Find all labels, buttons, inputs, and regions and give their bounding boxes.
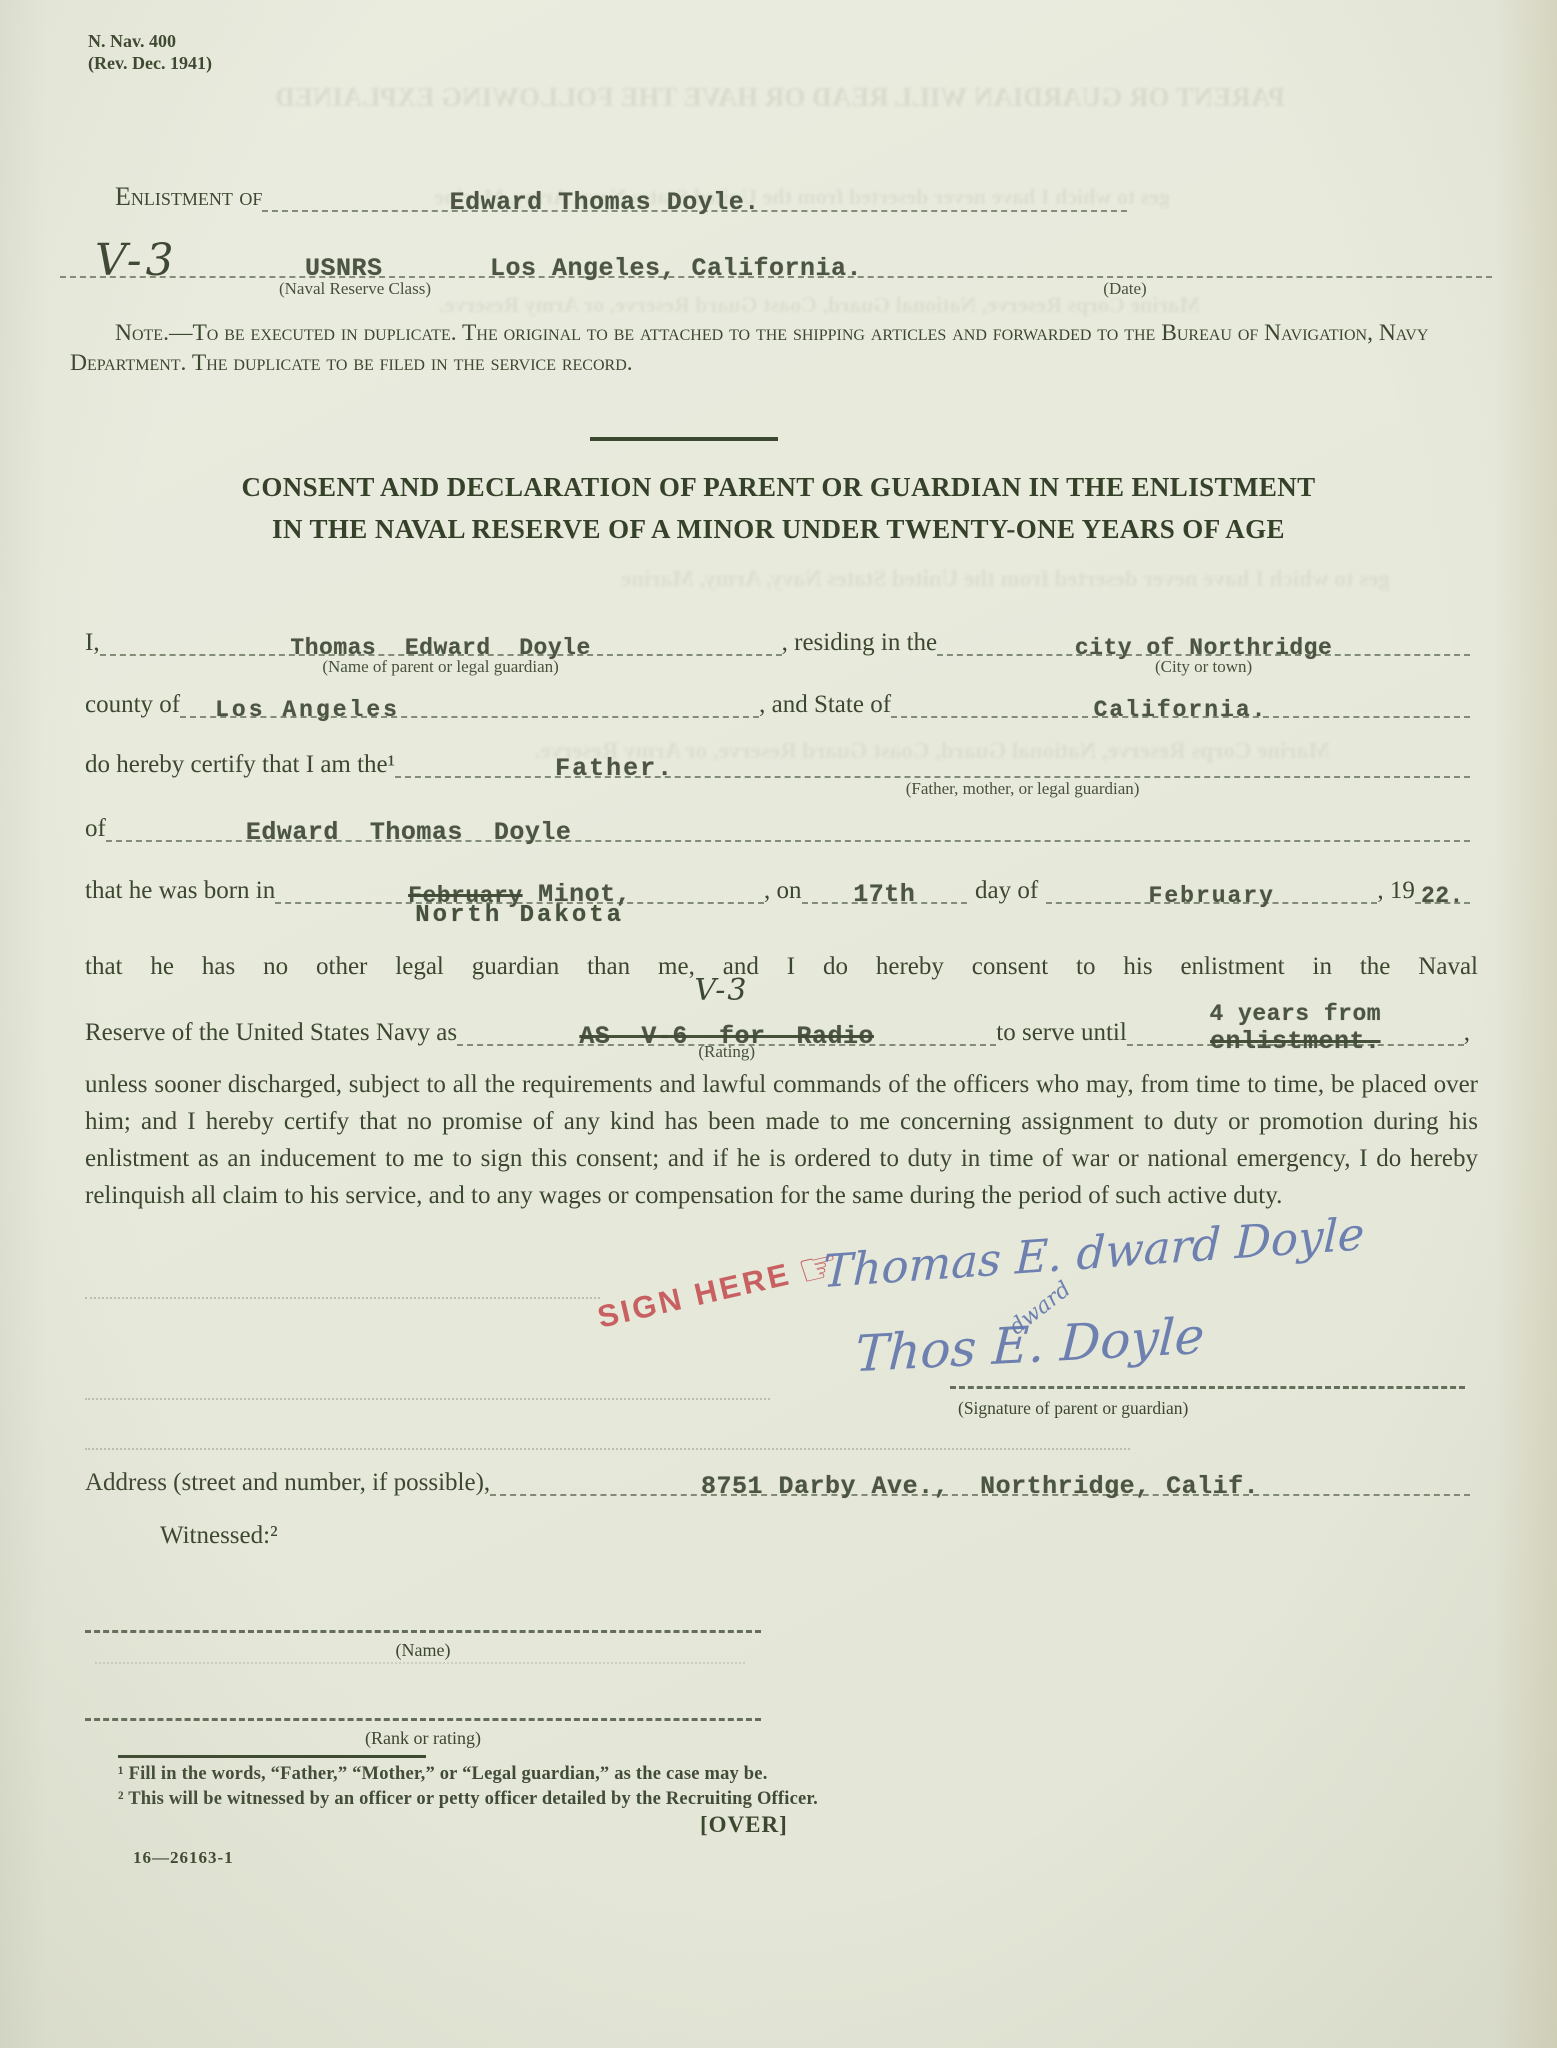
reserve-class-caption: (Naval Reserve Class) <box>260 279 450 299</box>
relationship-field[interactable]: Father. (Father, mother, or legal guardi… <box>395 747 1470 778</box>
county-value: Los Angeles <box>215 697 400 723</box>
minor-name-field[interactable]: Edward Thomas Doyle <box>106 811 1470 842</box>
enlistment-label: Enlistment of <box>115 183 262 212</box>
form-number: N. Nav. 400 <box>88 30 212 52</box>
consent-paragraph: unless sooner discharged, subject to all… <box>85 1066 1478 1214</box>
footnote-rule <box>118 1755 426 1758</box>
county-field[interactable]: Los Angeles <box>180 690 759 718</box>
witnessed-label: Witnessed:² <box>160 1522 278 1550</box>
serve-label: to serve until <box>996 1019 1127 1047</box>
term-line2-value: enlistment. <box>1127 1027 1464 1056</box>
birth-year-value: 22. <box>1421 883 1464 909</box>
birthplace-field[interactable]: February Minot, North Dakota <box>275 873 764 904</box>
state-label: , and State of <box>759 691 891 719</box>
form-title-line1: CONSENT AND DECLARATION OF PARENT OR GUA… <box>0 466 1557 508</box>
note-text: Note.—To be executed in duplicate. The o… <box>70 320 1428 376</box>
reserve-class-row: V-3 USNRS Los Angeles, California. (Nava… <box>60 232 1492 278</box>
term-field[interactable]: 4 years from enlistment. <box>1127 1044 1464 1046</box>
form-title: CONSENT AND DECLARATION OF PARENT OR GUA… <box>0 466 1557 550</box>
reserve-class-date-field[interactable]: V-3 USNRS Los Angeles, California. (Nava… <box>60 276 1492 278</box>
form-title-line2: IN THE NAVAL RESERVE OF A MINOR UNDER TW… <box>0 508 1557 550</box>
guide-line <box>85 1398 770 1400</box>
birth-day-value: 17th <box>853 880 915 909</box>
on-label: , on <box>764 877 802 905</box>
birth-month-field[interactable]: February <box>1046 876 1377 904</box>
form-revision: (Rev. Dec. 1941) <box>88 52 212 74</box>
rating-caption: (Rating) <box>457 1042 996 1062</box>
certify-label: do hereby certify that I am the¹ <box>85 751 395 779</box>
state-field[interactable]: California. <box>891 690 1470 718</box>
address-field[interactable]: 8751 Darby Ave., Northridge, Calif. <box>490 1465 1470 1496</box>
year-prefix-label: , 19 <box>1377 877 1415 905</box>
section-divider <box>590 437 778 441</box>
consent-form-page: PARENT OR GUARDIAN WILL READ OR HAVE THE… <box>0 0 1557 2048</box>
guide-line <box>95 1662 745 1664</box>
county-state-row: county of Los Angeles , and State of Cal… <box>85 672 1470 718</box>
guide-line <box>85 1297 600 1299</box>
address-value: 8751 Darby Ave., Northridge, Calif. <box>701 1472 1259 1501</box>
birth-month-value: February <box>1149 883 1275 909</box>
parent-name-row: I, Thomas Edward Doyle (Name of parent o… <box>85 610 1470 656</box>
signature-line[interactable] <box>950 1386 1465 1389</box>
term-suffix: , <box>1464 1019 1470 1047</box>
address-label: Address (street and number, if possible)… <box>85 1469 490 1497</box>
rating-field[interactable]: V-3 AS V-6 for Radio (Rating) <box>457 1015 996 1046</box>
day-of-label: day of <box>967 877 1046 905</box>
form-number-block: N. Nav. 400 (Rev. Dec. 1941) <box>88 30 212 74</box>
footnote-1: ¹ Fill in the words, “Father,” “Mother,”… <box>118 1764 768 1785</box>
birth-year-field[interactable]: 22. <box>1415 876 1470 904</box>
signature-caption: (Signature of parent or guardian) <box>958 1398 1188 1419</box>
footnote-2: ² This will be witnessed by an officer o… <box>118 1789 818 1810</box>
bleedthrough-text: PARENT OR GUARDIAN WILL READ OR HAVE THE… <box>120 82 1440 113</box>
witness-rank-line[interactable] <box>85 1718 761 1721</box>
city-field[interactable]: city of Northridge (City or town) <box>937 628 1470 656</box>
enlistee-name-value: Edward Thomas Doyle. <box>450 188 760 217</box>
rating-term-row: Reserve of the United States Navy as V-3… <box>85 994 1470 1046</box>
state-value: California. <box>1094 697 1268 723</box>
no-guardian-line: that he has no other legal guardian than… <box>85 948 1478 985</box>
i-label: I, <box>85 629 100 657</box>
minor-name-row: of Edward Thomas Doyle <box>85 796 1470 842</box>
born-label: that he was born in <box>85 877 275 905</box>
place-date-value: Los Angeles, California. <box>490 254 862 283</box>
of-label: of <box>85 815 106 843</box>
county-label: county of <box>85 691 180 719</box>
enlistment-row: Enlistment of Edward Thomas Doyle. <box>115 166 1127 212</box>
reserve-class-handwritten: V-3 <box>95 235 178 286</box>
enlistee-name-field[interactable]: Edward Thomas Doyle. <box>262 181 1127 212</box>
reserve-label: Reserve of the United States Navy as <box>85 1019 457 1047</box>
note-paragraph: Note.—To be executed in duplicate. The o… <box>70 318 1470 378</box>
birth-day-field[interactable]: 17th <box>802 873 968 904</box>
over-marker: [OVER] <box>700 1812 788 1838</box>
sign-here-stamp: SIGN HERE ☞ <box>594 1244 845 1335</box>
bleedthrough-text: ges to which I have never deserted from … <box>190 566 1390 592</box>
term-line1-value: 4 years from <box>1127 1001 1464 1027</box>
birth-row: that he was born in February Minot, Nort… <box>85 858 1470 904</box>
sign-here-stamp-text: SIGN HERE <box>594 1256 795 1336</box>
address-row: Address (street and number, if possible)… <box>85 1450 1470 1496</box>
rating-handwritten-value: V-3 <box>694 973 748 1008</box>
witness-name-line[interactable] <box>85 1630 761 1633</box>
birthplace-state-value: North Dakota <box>275 902 764 909</box>
date-caption: (Date) <box>1075 279 1175 299</box>
relationship-row: do hereby certify that I am the¹ Father.… <box>85 732 1470 778</box>
witness-rank-caption: (Rank or rating) <box>85 1728 761 1749</box>
parent-name-field[interactable]: Thomas Edward Doyle (Name of parent or l… <box>100 628 782 656</box>
residing-label: , residing in the <box>782 629 938 657</box>
print-code: 16—26163-1 <box>133 1848 234 1868</box>
witness-name-caption: (Name) <box>85 1640 761 1661</box>
minor-name-value: Edward Thomas Doyle <box>246 818 572 847</box>
